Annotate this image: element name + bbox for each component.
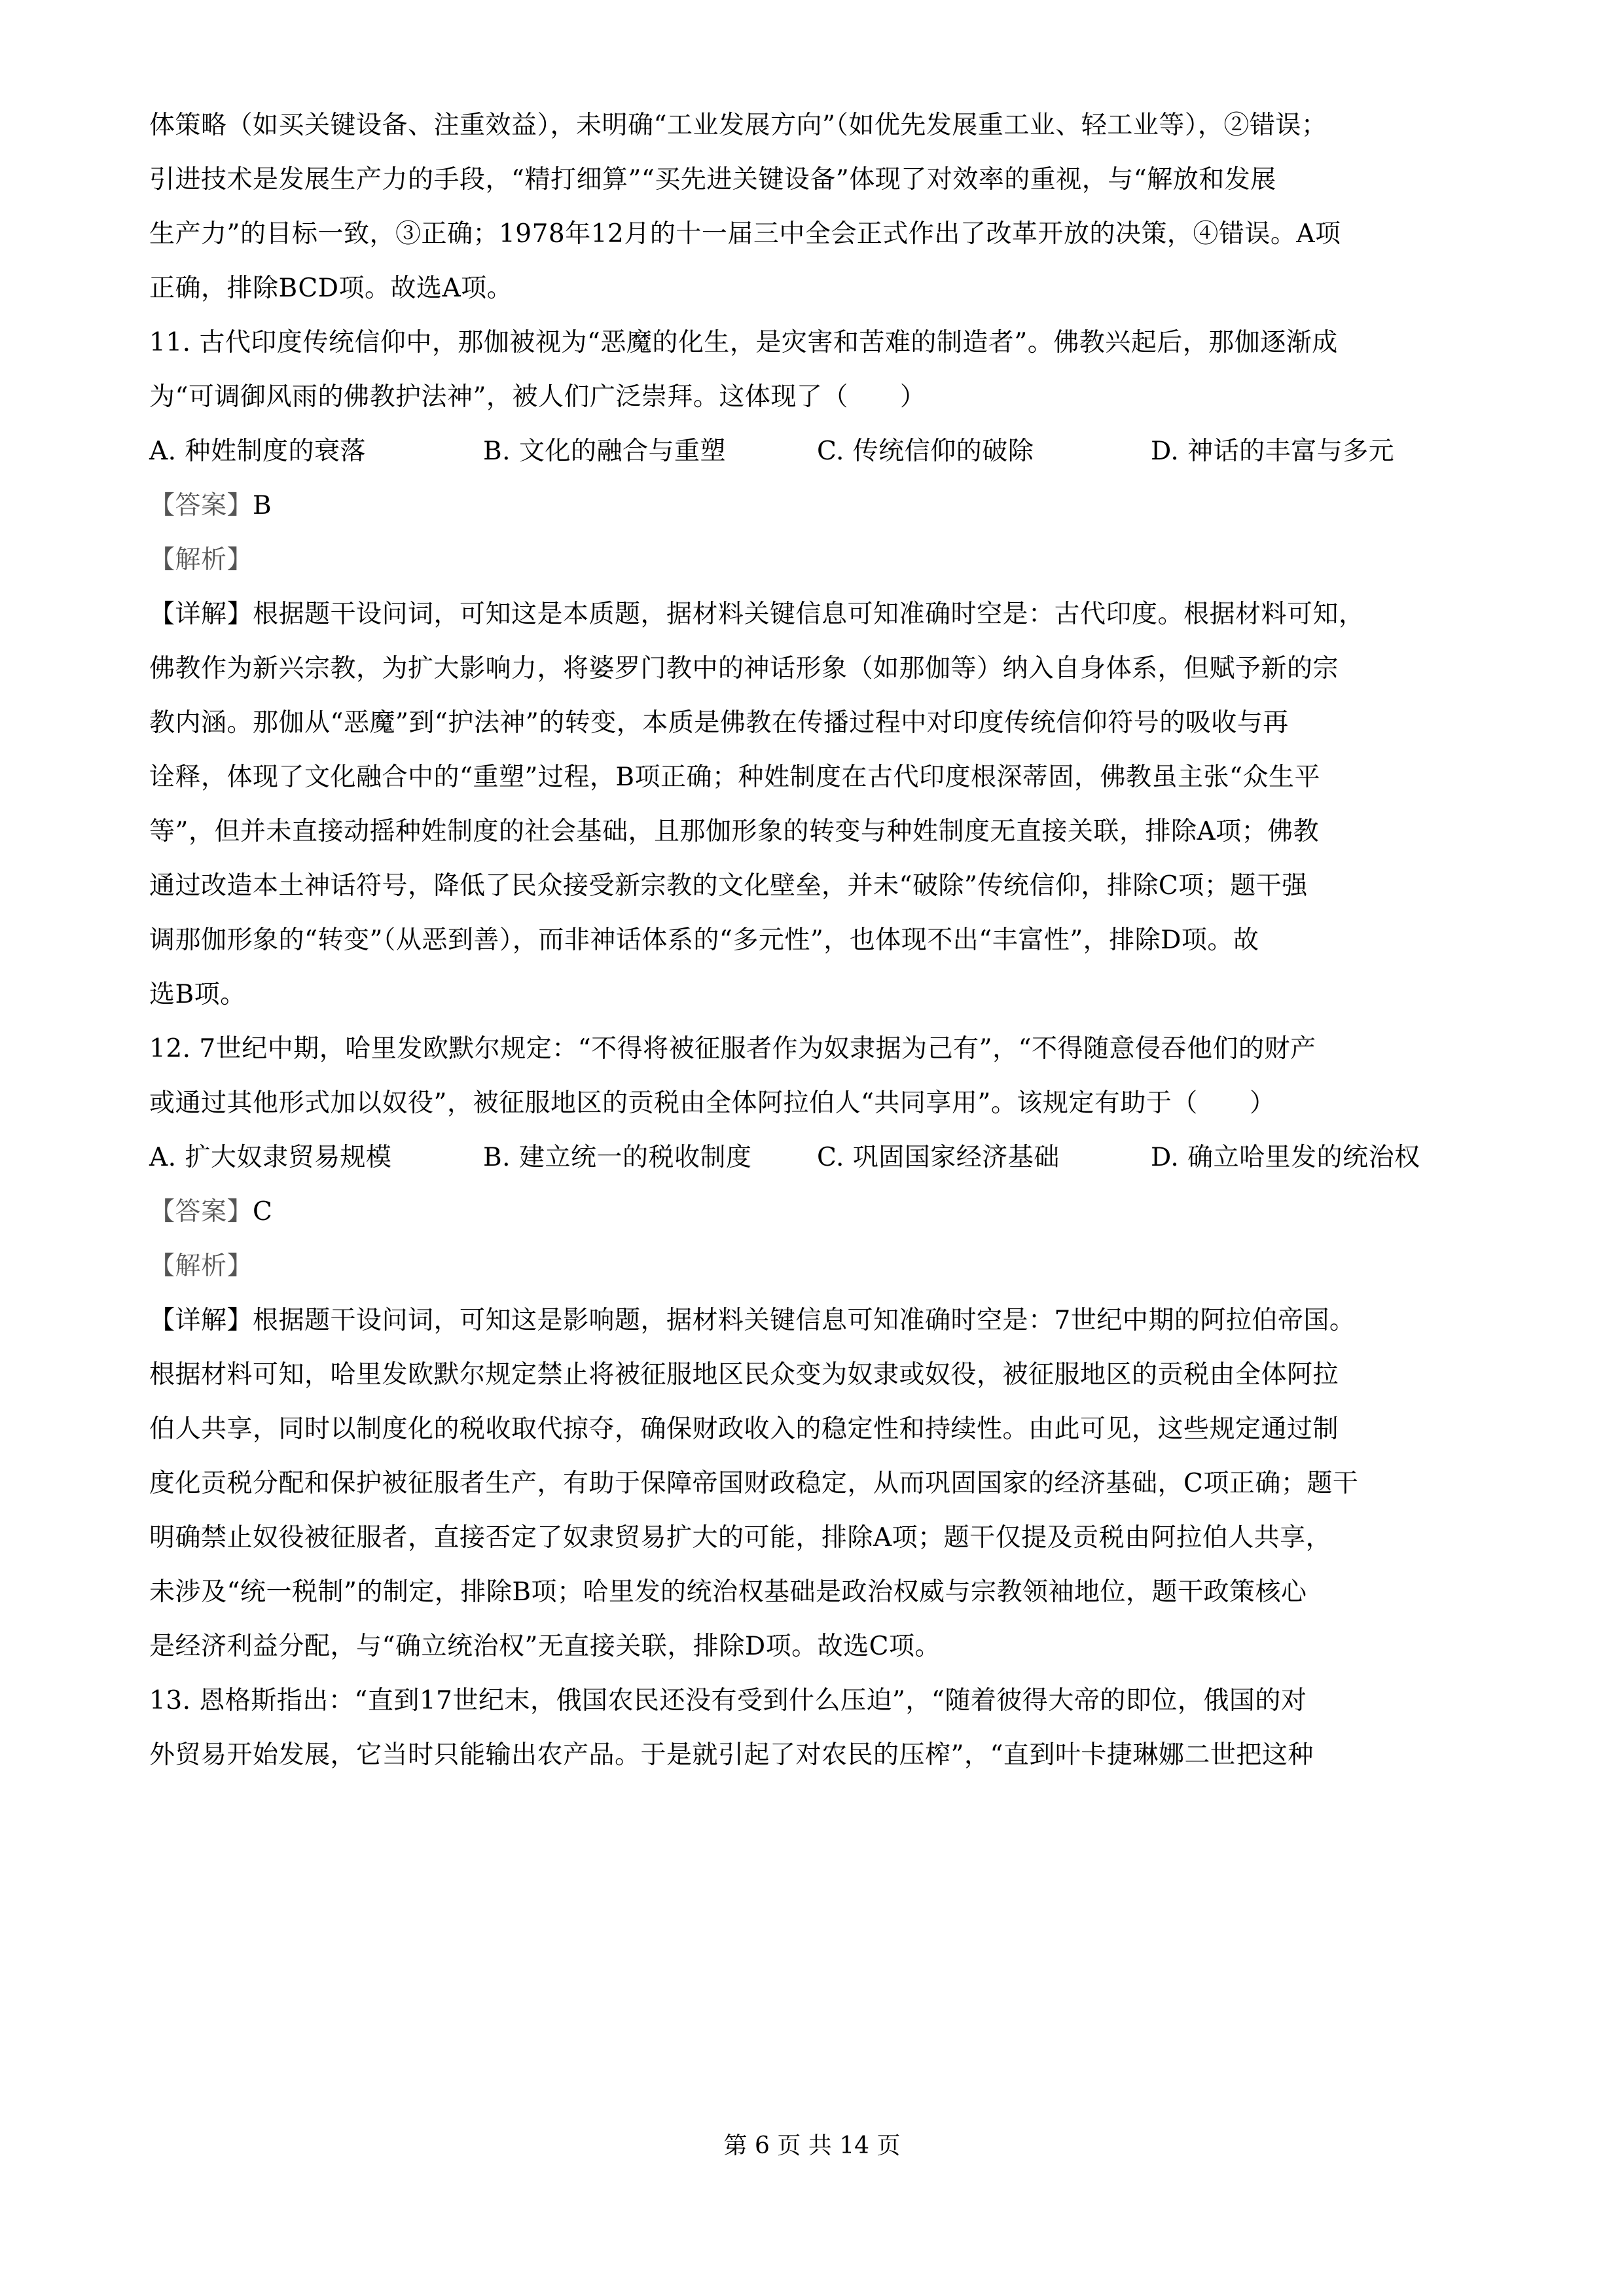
question-12: 12. 7世纪中期，哈里发欧默尔规定：“不得将被征服者作为奴隶据为己有”，“不得…: [149, 1022, 1491, 1674]
detail-line: 等”，但并未直接动摇种姓制度的社会基础，且那伽形象的转变与种姓制度无直接关联，排…: [149, 804, 1491, 859]
question-11: 11. 古代印度传统信仰中，那伽被视为“恶魔的化生，是灾害和苦难的制造者”。佛教…: [149, 315, 1491, 1022]
question-stem: 11. 古代印度传统信仰中，那伽被视为“恶魔的化生，是灾害和苦难的制造者”。佛教…: [149, 315, 1491, 370]
option-b: B. 建立统一的税收制度: [483, 1130, 817, 1185]
answer-value: C: [253, 1197, 272, 1227]
detail-text: 根据题干设问词，可知这是本质题，据材料关键信息可知准确时空是：古代印度。根据材料…: [253, 600, 1365, 629]
option-a: A. 种姓制度的衰落: [149, 424, 483, 478]
detail-line: 【详解】根据题干设问词，可知这是本质题，据材料关键信息可知准确时空是：古代印度。…: [149, 587, 1491, 641]
detail-line: 【详解】根据题干设问词，可知这是影响题，据材料关键信息可知准确时空是：7世纪中期…: [149, 1293, 1491, 1348]
detail-line: 是经济利益分配，与“确立统治权”无直接关联，排除D项。故选C项。: [149, 1619, 1491, 1674]
question-stem: 为“可调御风雨的佛教护法神”，被人们广泛崇拜。这体现了（ ）: [149, 370, 1491, 424]
detail-line: 选B项。: [149, 967, 1491, 1022]
answer-label: 【答案】: [149, 491, 253, 520]
question-stem: 12. 7世纪中期，哈里发欧默尔规定：“不得将被征服者作为奴隶据为己有”，“不得…: [149, 1022, 1491, 1076]
options-row: A. 种姓制度的衰落 B. 文化的融合与重塑 C. 传统信仰的破除 D. 神话的…: [149, 424, 1491, 478]
text-line: 体策略（如买关键设备、注重效益），未明确“工业发展方向”（如优先发展重工业、轻工…: [149, 98, 1491, 152]
detail-label: 【详解】: [149, 1306, 253, 1335]
page-footer: 第 6 页 共 14 页: [0, 2127, 1624, 2161]
detail-line: 根据材料可知，哈里发欧默尔规定禁止将被征服地区民众变为奴隶或奴役，被征服地区的贡…: [149, 1348, 1491, 1402]
option-c: C. 巩固国家经济基础: [817, 1130, 1151, 1185]
previous-answer-continuation: 体策略（如买关键设备、注重效益），未明确“工业发展方向”（如优先发展重工业、轻工…: [149, 98, 1491, 315]
question-stem: 13. 恩格斯指出：“直到17世纪末，俄国农民还没有受到什么压迫”，“随着彼得大…: [149, 1674, 1491, 1728]
detail-line: 伯人共享，同时以制度化的税收取代掠夺，确保财政收入的稳定性和持续性。由此可见，这…: [149, 1402, 1491, 1456]
detail-line: 未涉及“统一税制”的制定，排除B项；哈里发的统治权基础是政治权威与宗教领袖地位，…: [149, 1565, 1491, 1619]
answer-line: 【答案】C: [149, 1185, 1491, 1239]
detail-line: 诠释，体现了文化融合中的“重塑”过程，B项正确；种姓制度在古代印度根深蒂固，佛教…: [149, 750, 1491, 804]
detail-line: 教内涵。那伽从“恶魔”到“护法神”的转变，本质是佛教在传播过程中对印度传统信仰符…: [149, 696, 1491, 750]
option-b: B. 文化的融合与重塑: [483, 424, 817, 478]
option-d: D. 确立哈里发的统治权: [1151, 1130, 1420, 1185]
question-stem: 外贸易开始发展，它当时只能输出农产品。于是就引起了对农民的压榨”，“直到叶卡捷琳…: [149, 1728, 1491, 1782]
answer-value: B: [253, 491, 272, 520]
text-line: 引进技术是发展生产力的手段，“精打细算”“买先进关键设备”体现了对效率的重视，与…: [149, 152, 1491, 207]
question-13: 13. 恩格斯指出：“直到17世纪末，俄国农民还没有受到什么压迫”，“随着彼得大…: [149, 1674, 1491, 1782]
detail-text: 根据题干设问词，可知这是影响题，据材料关键信息可知准确时空是：7世纪中期的阿拉伯…: [253, 1306, 1355, 1335]
answer-label: 【答案】: [149, 1197, 253, 1227]
analysis-label: 【解析】: [149, 533, 1491, 587]
text-line: 生产力”的目标一致，③正确；1978年12月的十一届三中全会正式作出了改革开放的…: [149, 207, 1491, 261]
question-stem: 或通过其他形式加以奴役”，被征服地区的贡税由全体阿拉伯人“共同享用”。该规定有助…: [149, 1076, 1491, 1130]
option-c: C. 传统信仰的破除: [817, 424, 1151, 478]
option-d: D. 神话的丰富与多元: [1151, 424, 1394, 478]
option-a: A. 扩大奴隶贸易规模: [149, 1130, 483, 1185]
detail-line: 调那伽形象的“转变”（从恶到善），而非神话体系的“多元性”，也体现不出“丰富性”…: [149, 913, 1491, 967]
detail-line: 度化贡税分配和保护被征服者生产，有助于保障帝国财政稳定，从而巩固国家的经济基础，…: [149, 1456, 1491, 1511]
detail-label: 【详解】: [149, 600, 253, 629]
detail-line: 通过改造本土神话符号，降低了民众接受新宗教的文化壁垒，并未“破除”传统信仰，排除…: [149, 859, 1491, 913]
document-page: 体策略（如买关键设备、注重效益），未明确“工业发展方向”（如优先发展重工业、轻工…: [149, 98, 1491, 1782]
options-row: A. 扩大奴隶贸易规模 B. 建立统一的税收制度 C. 巩固国家经济基础 D. …: [149, 1130, 1491, 1185]
detail-line: 佛教作为新兴宗教，为扩大影响力，将婆罗门教中的神话形象（如那伽等）纳入自身体系，…: [149, 641, 1491, 696]
analysis-label: 【解析】: [149, 1239, 1491, 1293]
text-line: 正确，排除BCD项。故选A项。: [149, 261, 1491, 315]
answer-line: 【答案】B: [149, 478, 1491, 533]
detail-line: 明确禁止奴役被征服者，直接否定了奴隶贸易扩大的可能，排除A项；题干仅提及贡税由阿…: [149, 1511, 1491, 1565]
